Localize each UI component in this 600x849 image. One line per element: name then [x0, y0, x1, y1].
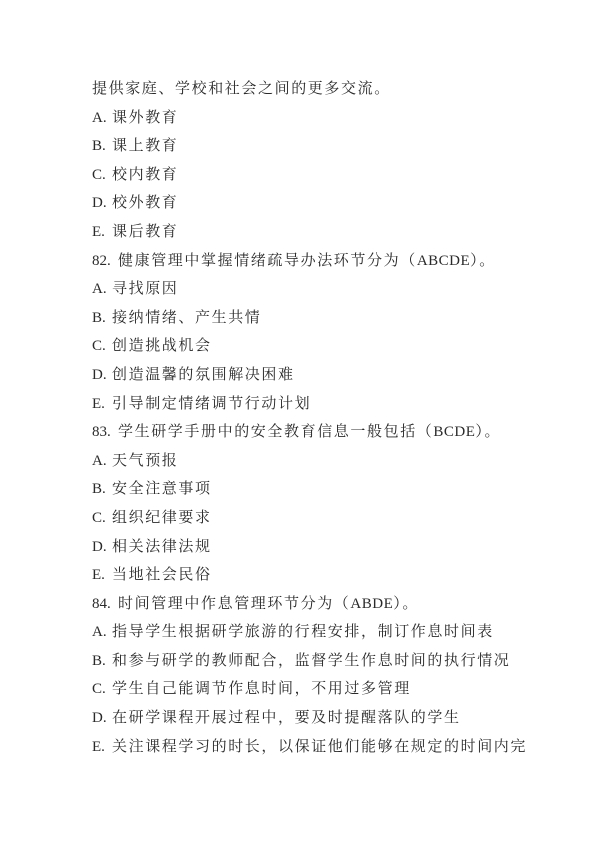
option-letter: B. [92, 132, 112, 161]
option-text: 指导学生根据研学旅游的行程安排，制订作息时间表 [112, 622, 494, 640]
option-text: 课上教育 [112, 136, 178, 154]
option-b: B.和参与研学的教师配合，监督学生作息时间的执行情况 [92, 646, 522, 675]
option-text: 课后教育 [112, 222, 178, 240]
option-a: A.天气预报 [92, 446, 522, 475]
option-text: 接纳情绪、产生共情 [112, 308, 261, 326]
option-letter: B. [92, 475, 112, 504]
option-d: D.相关法律法规 [92, 532, 522, 561]
option-c: C.学生自己能调节作息时间，不用过多管理 [92, 674, 522, 703]
option-letter: D. [92, 533, 112, 562]
option-letter: D. [92, 361, 112, 390]
option-text: 相关法律法规 [112, 537, 212, 555]
option-e: E.课后教育 [92, 217, 522, 246]
answer-key: ABDE [350, 596, 393, 612]
option-text: 组织纪律要求 [112, 508, 212, 526]
question-text: 学生研学手册中的安全教育信息一般包括（ [118, 422, 433, 440]
option-c: C.校内教育 [92, 160, 522, 189]
option-a: A.寻找原因 [92, 274, 522, 303]
option-letter: B. [92, 647, 112, 676]
option-letter: D. [92, 189, 112, 218]
option-b: B.接纳情绪、产生共情 [92, 303, 522, 332]
option-letter: A. [92, 104, 112, 133]
option-letter: B. [92, 304, 112, 333]
option-text: 在研学课程开展过程中，要及时提醒落队的学生 [112, 708, 461, 726]
option-text: 创造挑战机会 [112, 336, 212, 354]
option-letter: C. [92, 504, 112, 533]
option-c: C.组织纪律要求 [92, 503, 522, 532]
option-a: A.课外教育 [92, 103, 522, 132]
option-d: D.创造温馨的氛围解决困难 [92, 360, 522, 389]
option-d: D.校外教育 [92, 188, 522, 217]
option-a: A.指导学生根据研学旅游的行程安排，制订作息时间表 [92, 617, 522, 646]
option-text: 课外教育 [112, 108, 178, 126]
option-letter: E. [92, 561, 112, 590]
option-letter: E. [92, 390, 112, 419]
question-text-end: ）。 [470, 251, 496, 269]
option-b: B.课上教育 [92, 131, 522, 160]
question-82-stem: 82.健康管理中掌握情绪疏导办法环节分为（ABCDE）。 [92, 246, 522, 275]
option-text: 引导制定情绪调节行动计划 [112, 394, 311, 412]
option-letter: D. [92, 704, 112, 733]
question-84-stem: 84.时间管理中作息管理环节分为（ABDE）。 [92, 589, 522, 618]
document-page: 提供家庭、学校和社会之间的更多交流。 A.课外教育 B.课上教育 C.校内教育 … [92, 74, 522, 760]
option-letter: A. [92, 447, 112, 476]
question-number: 84. [92, 590, 118, 619]
option-letter: E. [92, 733, 112, 762]
question-stem-continuation: 提供家庭、学校和社会之间的更多交流。 [92, 74, 522, 103]
question-number: 82. [92, 247, 118, 276]
option-e: E.关注课程学习的时长，以保证他们能够在规定的时间内完 [92, 732, 522, 761]
question-text: 时间管理中作息管理环节分为（ [118, 594, 350, 612]
option-c: C.创造挑战机会 [92, 331, 522, 360]
question-text: 健康管理中掌握情绪疏导办法环节分为（ [118, 251, 417, 269]
option-e: E.引导制定情绪调节行动计划 [92, 389, 522, 418]
option-text: 天气预报 [112, 451, 178, 469]
option-d: D.在研学课程开展过程中，要及时提醒落队的学生 [92, 703, 522, 732]
question-text-end: ）。 [393, 594, 419, 612]
option-b: B.安全注意事项 [92, 474, 522, 503]
option-letter: C. [92, 332, 112, 361]
option-letter: E. [92, 218, 112, 247]
option-text: 安全注意事项 [112, 479, 212, 497]
option-text: 和参与研学的教师配合，监督学生作息时间的执行情况 [112, 651, 510, 669]
answer-key: BCDE [433, 424, 475, 440]
option-e: E.当地社会民俗 [92, 560, 522, 589]
option-text: 校内教育 [112, 165, 178, 183]
option-text: 寻找原因 [112, 279, 178, 297]
option-text: 创造温馨的氛围解决困难 [112, 365, 295, 383]
option-letter: A. [92, 275, 112, 304]
question-text-end: ）。 [475, 422, 501, 440]
option-text: 学生自己能调节作息时间，不用过多管理 [112, 679, 411, 697]
option-letter: A. [92, 618, 112, 647]
option-text: 校外教育 [112, 193, 178, 211]
option-text: 关注课程学习的时长，以保证他们能够在规定的时间内完 [112, 737, 527, 755]
option-letter: C. [92, 675, 112, 704]
answer-key: ABCDE [417, 253, 470, 269]
option-text: 当地社会民俗 [112, 565, 212, 583]
option-letter: C. [92, 161, 112, 190]
question-83-stem: 83.学生研学手册中的安全教育信息一般包括（BCDE）。 [92, 417, 522, 446]
question-number: 83. [92, 418, 118, 447]
